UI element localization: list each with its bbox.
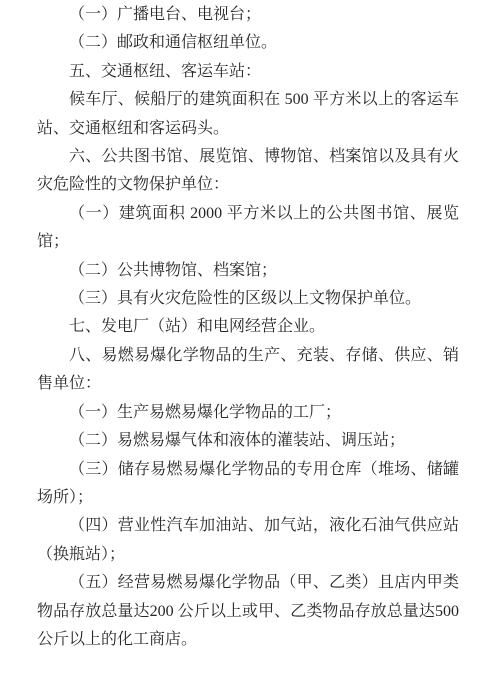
- document-page: （一）广播电台、电视台； （二）邮政和通信枢纽单位。 五、交通枢纽、客运车站： …: [0, 0, 490, 684]
- document-paragraph: （五）经营易燃易爆化学物品（甲、乙类）且店内甲类物品存放总量达200 公斤以上或…: [37, 569, 459, 654]
- document-paragraph: （二）公共博物馆、档案馆；: [37, 257, 459, 285]
- document-paragraph: （一）生产易燃易爆化学物品的工厂；: [37, 399, 459, 427]
- document-paragraph: 五、交通枢纽、客运车站：: [37, 58, 459, 86]
- document-paragraph: （二）邮政和通信枢纽单位。: [37, 29, 459, 57]
- document-paragraph: （二）易燃易爆气体和液体的灌装站、调压站；: [37, 427, 459, 455]
- document-paragraph: 候车厅、候船厅的建筑面积在 500 平方米以上的客运车站、交通枢纽和客运码头。: [37, 86, 459, 143]
- document-paragraph: （三）具有火灾危险性的区级以上文物保护单位。: [37, 285, 459, 313]
- document-paragraph: （四）营业性汽车加油站、加气站，液化石油气供应站（换瓶站）；: [37, 512, 459, 569]
- document-paragraph: 七、发电厂（站）和电网经营企业。: [37, 313, 459, 341]
- document-paragraph: （一）建筑面积 2000 平方米以上的公共图书馆、展览馆；: [37, 200, 459, 257]
- document-paragraph: （一）广播电台、电视台；: [37, 1, 459, 29]
- document-paragraph: 六、公共图书馆、展览馆、博物馆、档案馆以及具有火灾危险性的文物保护单位：: [37, 143, 459, 200]
- document-paragraph: （三）储存易燃易爆化学物品的专用仓库（堆场、储罐场所）；: [37, 456, 459, 513]
- document-paragraph: 八、易燃易爆化学物品的生产、充装、存储、供应、销售单位：: [37, 342, 459, 399]
